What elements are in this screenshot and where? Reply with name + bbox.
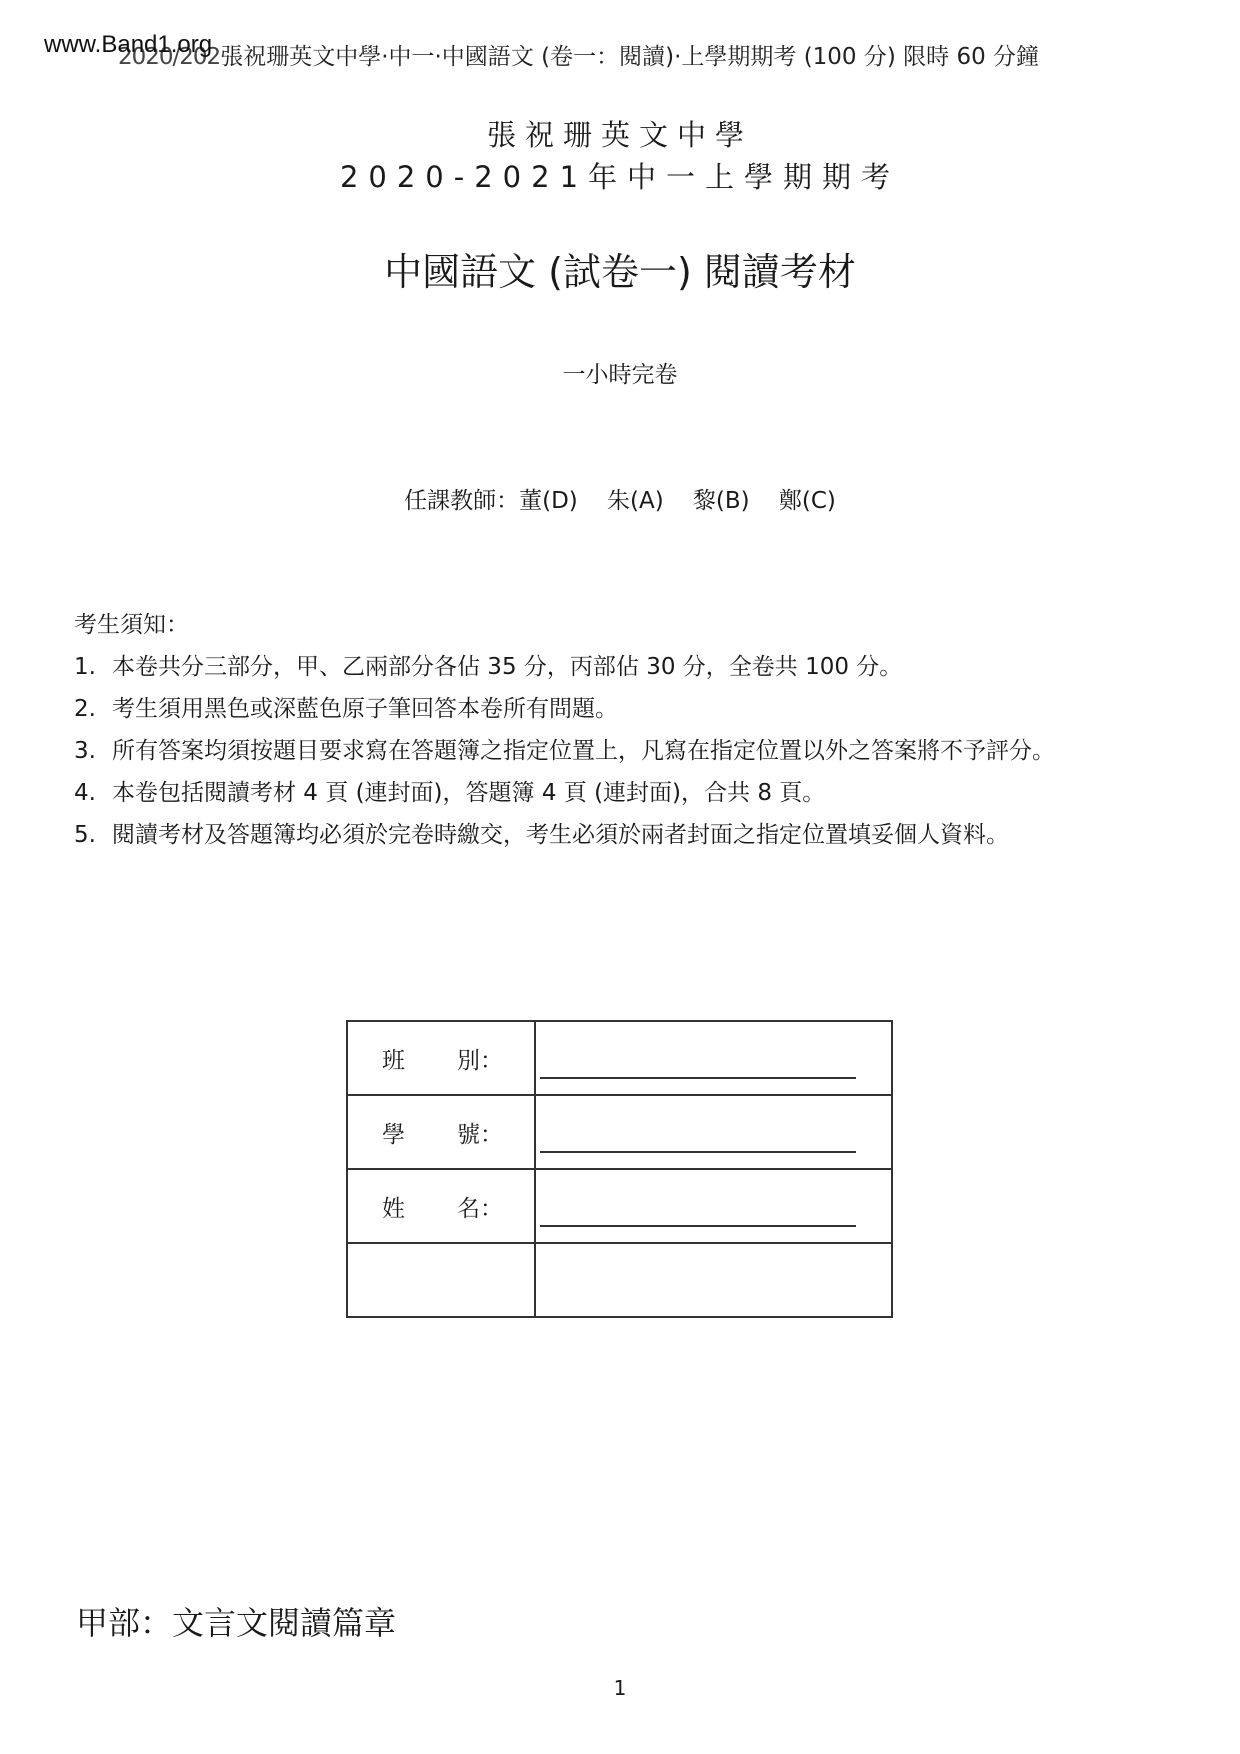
blank-label-cell [347,1243,535,1317]
running-header: 2020/202張祝珊英文中學·中一·中國語文 (卷一：閱讀)·上學期期考 (1… [118,44,1039,72]
instructions-heading: 考生須知： [74,612,189,640]
exam-duration: 一小時完卷 [0,362,1240,390]
student-number-field[interactable] [540,1123,856,1153]
instruction-item: 2.考生須用黑色或深藍色原子筆回答本卷所有問題。 [74,696,1055,738]
student-info-table: 班別： 學號： 姓名： [346,1020,893,1318]
instruction-text: 本卷包括閱讀考材 4 頁 (連封面)，答題簿 4 頁 (連封面)，合共 8 頁。 [112,780,825,806]
instruction-item: 5.閱讀考材及答題簿均必須於完卷時繳交，考生必須於兩者封面之指定位置填妥個人資料… [74,822,1055,864]
instruction-item: 3.所有答案均須按題目要求寫在答題簿之指定位置上，凡寫在指定位置以外之答案將不予… [74,738,1055,780]
instruction-text: 考生須用黑色或深藍色原子筆回答本卷所有問題。 [112,696,618,722]
class-label: 班別： [347,1021,535,1095]
student-number-label: 學號： [347,1095,535,1169]
teachers-line: 任課教師：董(D) 朱(A) 黎(B) 鄭(C) [0,488,1240,516]
name-row: 姓名： [347,1169,892,1243]
instruction-number: 5. [74,822,112,850]
label-char: 別： [457,1042,503,1075]
instruction-item: 4.本卷包括閱讀考材 4 頁 (連封面)，答題簿 4 頁 (連封面)，合共 8 … [74,780,1055,822]
label-char: 姓 [382,1190,457,1223]
label-char: 名： [457,1190,503,1223]
running-header-text: 張祝珊英文中學·中一·中國語文 (卷一：閱讀)·上學期期考 (100 分) 限時… [220,44,1039,70]
name-field-cell[interactable] [535,1169,892,1243]
instruction-text: 所有答案均須按題目要求寫在答題簿之指定位置上，凡寫在指定位置以外之答案將不予評分… [112,738,1055,764]
student-number-row: 學號： [347,1095,892,1169]
label-char: 班 [382,1042,457,1075]
class-row: 班別： [347,1021,892,1095]
student-number-field-cell[interactable] [535,1095,892,1169]
name-field[interactable] [540,1197,856,1227]
name-label: 姓名： [347,1169,535,1243]
school-name: 張祝珊英文中學 [0,118,1240,153]
blank-row [347,1243,892,1317]
instruction-item: 1.本卷共分三部分，甲、乙兩部分各佔 35 分，丙部佔 30 分，全卷共 100… [74,654,1055,696]
exam-title: 2020-2021年中一上學期期考 [0,160,1240,195]
instruction-number: 1. [74,654,112,682]
section-heading: 甲部：文言文閱讀篇章 [76,1604,396,1642]
instruction-number: 3. [74,738,112,766]
label-char: 號： [457,1116,503,1149]
paper-title: 中國語文 (試卷一) 閱讀考材 [0,250,1240,296]
instruction-text: 本卷共分三部分，甲、乙兩部分各佔 35 分，丙部佔 30 分，全卷共 100 分… [112,654,902,680]
watermark: www.Band1.org [44,33,212,57]
page-number: 1 [0,1676,1240,1700]
class-field-cell[interactable] [535,1021,892,1095]
instruction-text: 閱讀考材及答題簿均必須於完卷時繳交，考生必須於兩者封面之指定位置填妥個人資料。 [112,822,1009,848]
instruction-number: 2. [74,696,112,724]
blank-field-cell [535,1243,892,1317]
label-char: 學 [382,1116,457,1149]
class-field[interactable] [540,1049,856,1079]
instruction-number: 4. [74,780,112,808]
instructions-list: 1.本卷共分三部分，甲、乙兩部分各佔 35 分，丙部佔 30 分，全卷共 100… [74,654,1055,864]
